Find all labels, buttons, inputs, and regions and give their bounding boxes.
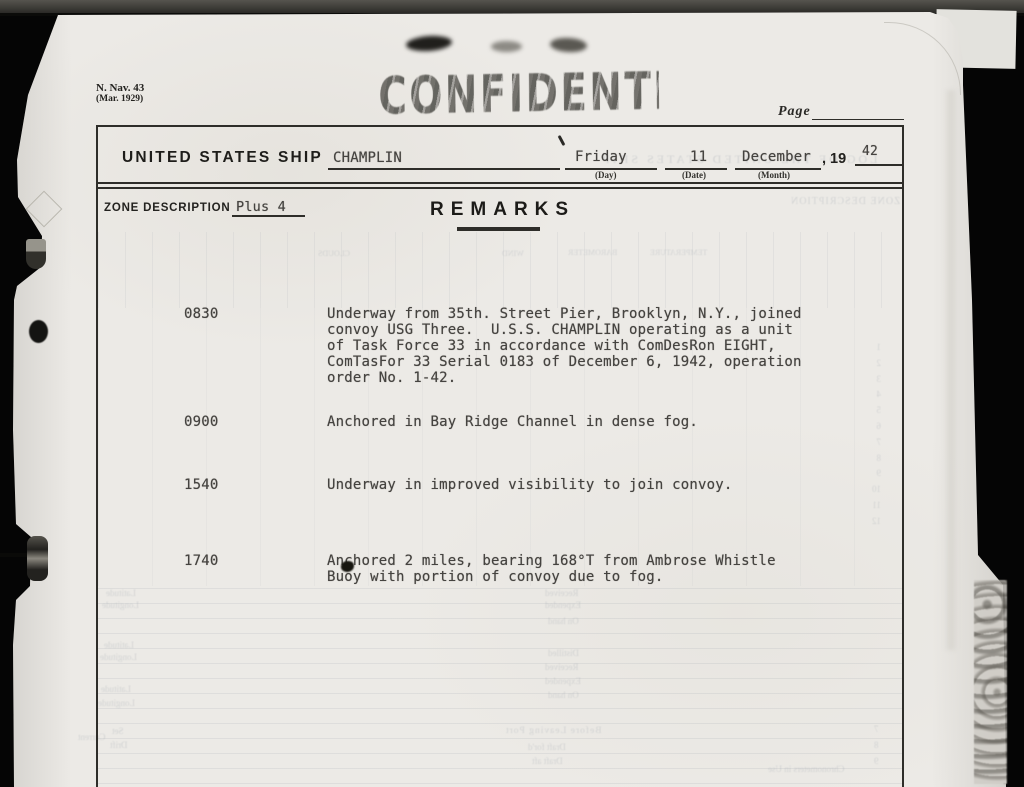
entry-time: 0830	[184, 306, 219, 322]
entry-text: Underway in improved visibility to join …	[327, 477, 892, 493]
scanned-deck-log-page: LOG OF THE UNITED STATES SHIPZONE DESCRI…	[0, 0, 1024, 787]
bleedthrough-text: Longitude	[98, 698, 135, 708]
bleedthrough-column-lines	[98, 232, 902, 308]
date-day: Friday	[575, 149, 627, 165]
edge-grunge-texture	[974, 580, 1007, 784]
year-line	[855, 164, 903, 166]
year-value: 42	[862, 144, 878, 159]
punch-hole	[29, 320, 48, 343]
binder-clip-top	[26, 239, 46, 269]
month-label: (Month)	[758, 170, 790, 180]
log-sheet-paper: LOG OF THE UNITED STATES SHIPZONE DESCRI…	[0, 0, 1024, 787]
bleedthrough-text: BAROMETER	[568, 248, 617, 257]
form-revision: (Mar. 1929)	[96, 94, 144, 105]
bleedthrough-text: WIND	[502, 249, 524, 258]
bleedthrough-text: Received	[545, 662, 578, 672]
year-prefix: , 19	[822, 151, 846, 167]
paper-curl-highlight	[944, 90, 958, 650]
ink-smudge	[491, 41, 522, 52]
bleedthrough-text: On hand	[548, 616, 579, 626]
date-label: (Date)	[682, 170, 706, 180]
bleedthrough-text: Expended	[545, 676, 581, 686]
form-number: N. Nav. 43	[96, 83, 144, 94]
bleedthrough-text: Longitude	[102, 600, 139, 610]
bleedthrough-text: Draft aft	[532, 756, 563, 766]
zone-description-value: Plus 4	[236, 199, 286, 215]
form-number-block: N. Nav. 43 (Mar. 1929)	[96, 83, 144, 105]
zone-line	[232, 215, 305, 217]
bleedthrough-text: Longitude	[100, 652, 137, 662]
day-label: (Day)	[595, 170, 617, 180]
date-month: December	[742, 149, 811, 165]
ship-name-line	[328, 168, 560, 170]
bleedthrough-text: Chronometers in Use	[768, 764, 845, 774]
bleedthrough-text: Drift	[110, 740, 128, 750]
remarks-underline	[457, 227, 540, 231]
date-number: 11	[690, 149, 707, 165]
bleedthrough-text: Latitude	[104, 640, 134, 650]
bleedthrough-text: On hand	[548, 690, 579, 700]
box-right-rule	[902, 125, 904, 787]
bleedthrough-text: Expended	[545, 600, 581, 610]
zone-description-label: ZONE DESCRIPTION	[104, 202, 231, 214]
entry-time: 1740	[184, 553, 219, 569]
entry-time: 1540	[184, 477, 219, 493]
entry-text: Anchored 2 miles, bearing 168°T from Amb…	[327, 553, 892, 585]
header-double-rule-2	[96, 187, 904, 189]
confidential-stamp: CONFIDENTIAL	[378, 61, 659, 127]
bleedthrough-text: Draft for'd	[528, 742, 566, 752]
page-number-line	[812, 119, 904, 120]
bleedthrough-text: Distilled	[548, 648, 579, 658]
bleedthrough-text: 7 8 9	[874, 722, 879, 769]
header-double-rule-1	[96, 182, 904, 184]
page-label: Page	[778, 104, 811, 120]
bleedthrough-text: Latitude	[101, 684, 131, 694]
binder-clip-bottom	[27, 536, 48, 581]
bleedthrough-text: CLOUDS	[318, 249, 350, 258]
bleedthrough-text: ZONE DESCRIPTION	[790, 196, 900, 207]
remarks-heading: REMARKS	[430, 199, 575, 221]
bleedthrough-text: TEMPERATURE	[650, 248, 707, 257]
entry-text: Underway from 35th. Street Pier, Brookly…	[327, 306, 892, 386]
bleedthrough-text: Before Leaving Port	[505, 726, 602, 736]
entry-text: Anchored in Bay Ridge Channel in dense f…	[327, 414, 892, 430]
entry-time: 0900	[184, 414, 219, 430]
binder-clip-wire	[0, 553, 30, 557]
bleedthrough-text: Current	[78, 732, 106, 742]
ship-name: CHAMPLIN	[333, 150, 402, 166]
bleedthrough-text: Set	[112, 726, 124, 736]
box-top-rule	[96, 125, 904, 127]
ship-label: UNITED STATES SHIP	[122, 149, 323, 167]
bleedthrough-text: Received	[545, 588, 578, 598]
bleedthrough-text: Latitude	[106, 588, 136, 598]
bleedthrough-row-lines	[98, 588, 902, 784]
box-left-rule	[96, 125, 98, 787]
